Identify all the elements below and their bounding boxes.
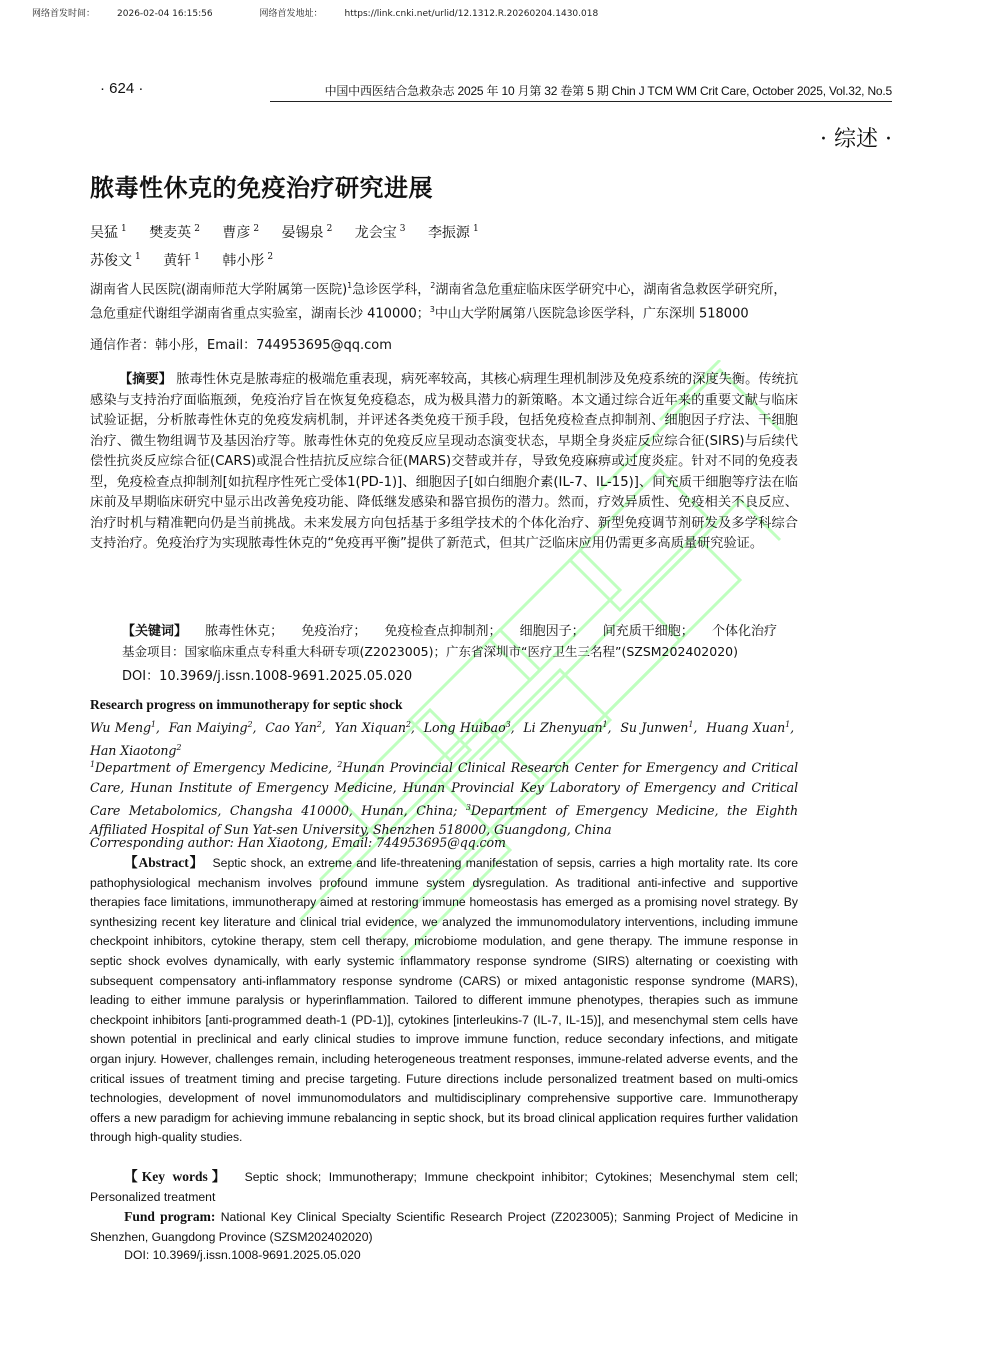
keyword: 个体化治疗 [712,624,777,639]
author: 曹彦2 [222,225,259,241]
author: 韩小彤2 [222,253,273,269]
author-list-cn-row2: 苏俊文1 黄轩1 韩小彤2 [90,250,291,270]
abstract-text-en: Septic shock, an extreme and life-threat… [90,856,798,1144]
fund-label-en: Fund program: [124,1209,215,1224]
keyword: 脓毒性休克； [205,624,283,639]
author: 樊麦英2 [149,225,200,241]
article-title-en: Research progress on immunotherapy for s… [90,697,403,713]
abstract-label-cn: 【摘要】 [119,372,172,387]
doi-cn[interactable]: DOI：10.3969/j.issn.1008-9691.2025.05.020 [122,665,798,684]
online-time: 2026-02-04 16:15:56 [117,9,213,19]
abstract-cn: 【摘要】 脓毒性休克是脓毒症的极端危重表现，病死率较高，其核心病理生理机制涉及免… [90,370,798,555]
fund-cn: 基金项目：国家临床重点专科重大科研专项(Z2023005)；广东省深圳市“医疗卫… [122,642,798,660]
author: 晏锡泉2 [282,225,333,241]
column-label: · 综述 · [820,122,892,153]
online-url-link[interactable]: https://link.cnki.net/urlid/12.1312.R.20… [345,9,599,19]
keyword: 免疫治疗； [301,624,366,639]
keywords-label-cn: 【关键词】 [122,624,187,639]
online-url-label: 网络首发地址： [259,9,322,19]
author: 吴猛1 [90,225,127,241]
online-publication-line: 网络首发时间：2026-02-04 16:15:56 网络首发地址：https:… [32,6,642,19]
correspondence-cn: 通信作者：韩小彤，Email：744953695@qq.com [90,336,798,356]
journal-running-header: 中国中西医结合急救杂志 2025 年 10 月第 32 卷第 5 期 Chin … [270,82,892,102]
author: 苏俊文1 [90,253,141,269]
author-list-cn-row1: 吴猛1 樊麦英2 曹彦2 晏锡泉2 龙会宝3 李振源1 [90,222,497,242]
author-list-en: Wu Meng1, Fan Maiying2, Cao Yan2, Yan Xi… [90,715,798,761]
abstract-label-en: 【Abstract】 [124,855,204,870]
keywords-label-en: 【Key words】 [124,1169,229,1184]
author: 黄轩1 [163,253,200,269]
affiliations-en: 1Department of Emergency Medicine, 2Huna… [90,755,798,840]
doi-en[interactable]: DOI: 10.3969/j.issn.1008-9691.2025.05.02… [90,1246,798,1266]
article-title-cn: 脓毒性休克的免疫治疗研究进展 [90,168,433,203]
abstract-en: 【Abstract】 Septic shock, an extreme and … [90,853,798,1148]
author: 龙会宝3 [355,225,406,241]
keywords-en: 【Key words】 Septic shock; Immunotherapy;… [90,1167,798,1207]
keyword: 免疫检查点抑制剂； [384,624,501,639]
keyword: 细胞因子； [520,624,585,639]
fund-en: Fund program: National Key Clinical Spec… [90,1207,798,1247]
page-number: · 624 · [100,80,143,97]
keywords-cn: 【关键词】 脓毒性休克； 免疫治疗； 免疫检查点抑制剂； 细胞因子； 间充质干细… [122,620,798,639]
correspondence-en: Corresponding author: Han Xiaotong, Emai… [90,833,798,853]
affiliations-cn: 湖南省人民医院(湖南师范大学附属第一医院)1急诊医学科，2湖南省急危重症临床医学… [90,276,798,324]
abstract-text-cn: 脓毒性休克是脓毒症的极端危重表现，病死率较高，其核心病理生理机制涉及免疫系统的深… [90,372,798,551]
keyword: 间充质干细胞； [603,624,694,639]
online-time-label: 网络首发时间： [32,9,95,19]
author: 李振源1 [428,225,479,241]
